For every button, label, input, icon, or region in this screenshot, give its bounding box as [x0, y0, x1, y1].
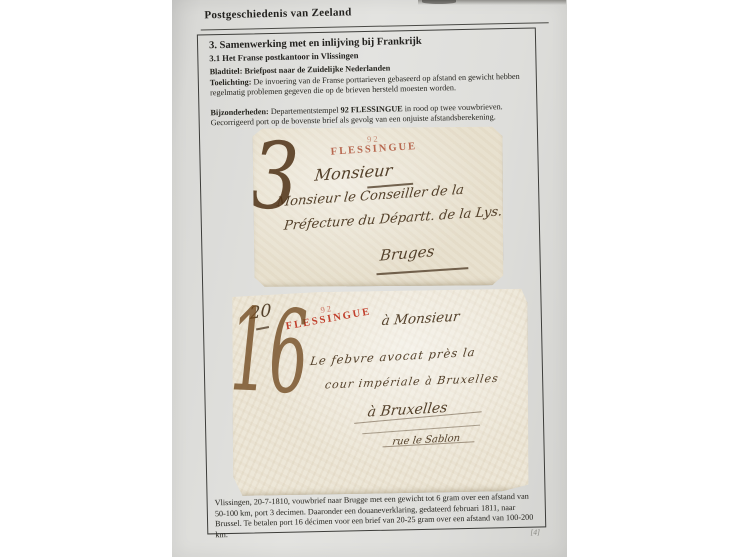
- bijzonderheden-text-before: Departementstempel: [271, 105, 339, 115]
- screenshot-root: Postgeschiedenis van Zeeland 3. Samenwer…: [0, 0, 740, 557]
- exhibit-frame: 3. Samenwerking met en inlijving bij Fra…: [197, 27, 546, 534]
- bijzonderheden-label: Bijzonderheden:: [210, 107, 268, 117]
- bijzonderheden-paragraph: Bijzonderheden: Departementstempel 92 FL…: [210, 101, 532, 128]
- port-marking: 16: [229, 293, 527, 421]
- subsection-title: 3.1 Het Franse postkantoor in Vlissingen: [209, 50, 358, 63]
- postal-cover-top: 92 FLESSINGUE Monsieur Monsieur le Conse…: [252, 125, 504, 288]
- toelichting-label: Toelichting:: [210, 77, 252, 87]
- underline-flourish: [376, 267, 468, 275]
- page-header-title: Postgeschiedenis van Zeeland: [204, 6, 351, 21]
- port-marking: 3: [248, 129, 502, 239]
- album-page-photo: Postgeschiedenis van Zeeland 3. Samenwer…: [172, 0, 567, 557]
- bladtitel-label: Bladtitel:: [210, 67, 243, 77]
- address-line: Bruges: [379, 242, 435, 265]
- section-title: 3. Samenwerking met en inlijving bij Fra…: [209, 36, 422, 51]
- exhibit-caption: Vlissingen, 20-7-1810, vouwbrief naar Br…: [215, 491, 543, 540]
- bijzonderheden-stamp-name: 92 FLESSINGUE: [340, 104, 402, 114]
- ink-stroke: [362, 425, 480, 435]
- page-number: [4]: [530, 527, 540, 536]
- album-page-content: Postgeschiedenis van Zeeland 3. Samenwer…: [172, 0, 567, 557]
- postal-cover-bottom: 20 92 FLESSINGUE à Monsieur Le febvre av…: [229, 287, 531, 497]
